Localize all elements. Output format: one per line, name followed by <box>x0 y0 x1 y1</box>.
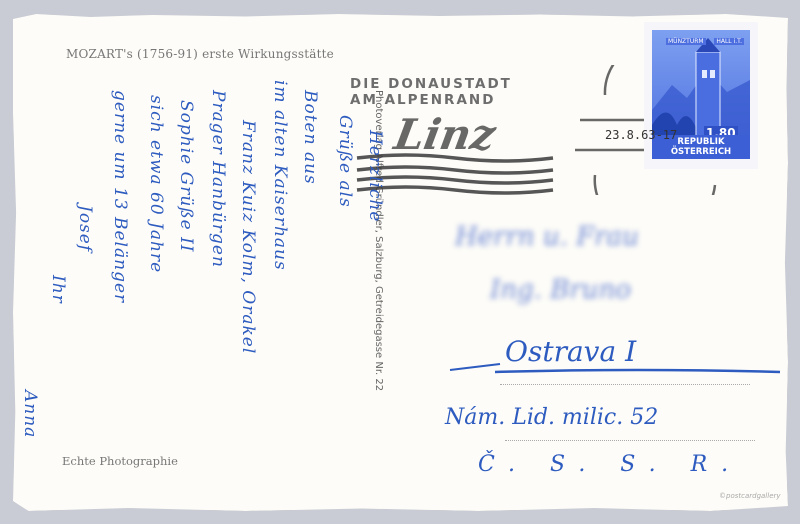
watermark: ©postcardgallery <box>719 492 781 500</box>
stamp-label-left: MÜNZTURM <box>666 38 706 45</box>
message-line: Anna <box>20 390 40 438</box>
message-line: Grüße als <box>335 115 355 208</box>
printed-footer: Echte Photographie <box>62 454 178 468</box>
message-line: Prager Hanbürgen <box>208 90 228 268</box>
recipient-name-blurred: Herrn u. Frau <box>455 222 639 252</box>
message-line: Franz Kuiz Kolm, Orakel <box>238 120 258 354</box>
postage-stamp: MÜNZTURM HALL i.T. 1.80 REPUBLIK ÖSTERRE… <box>644 22 758 169</box>
address-underline-icon <box>440 360 790 390</box>
message-line: Ihr <box>48 275 68 304</box>
slogan-line-2: AM ALPENRAND <box>350 92 512 108</box>
slogan-line-1: DIE DONAUSTADT <box>350 76 512 92</box>
stamp-label-right: HALL i.T. <box>714 38 744 45</box>
message-line: gerne um 13 Belänger <box>110 90 130 303</box>
message-line: Josef <box>75 205 95 252</box>
message-line: sich etwa 60 Jahre <box>146 95 166 273</box>
address-street: Nám. Lid. milic. 52 <box>445 405 658 430</box>
address-line <box>505 440 755 441</box>
message-line: Boten aus <box>300 90 320 185</box>
address-country: Č. S. S. R. <box>478 452 742 477</box>
postmark-date: 23.8.63-17 <box>605 128 677 142</box>
message-line: Herzliche <box>365 130 385 222</box>
message-line: im alten Kaiserhaus <box>270 80 290 271</box>
address-line <box>500 384 750 385</box>
message-line: Sophie Grüße II <box>176 100 196 253</box>
postmark-wave-lines-icon <box>355 150 555 195</box>
printed-title: MOZART's (1756-91) erste Wirkungsstätte <box>66 47 334 61</box>
recipient-street-blurred: Ing. Bruno <box>490 275 631 305</box>
postmark-slogan: DIE DONAUSTADT AM ALPENRAND <box>350 76 512 108</box>
